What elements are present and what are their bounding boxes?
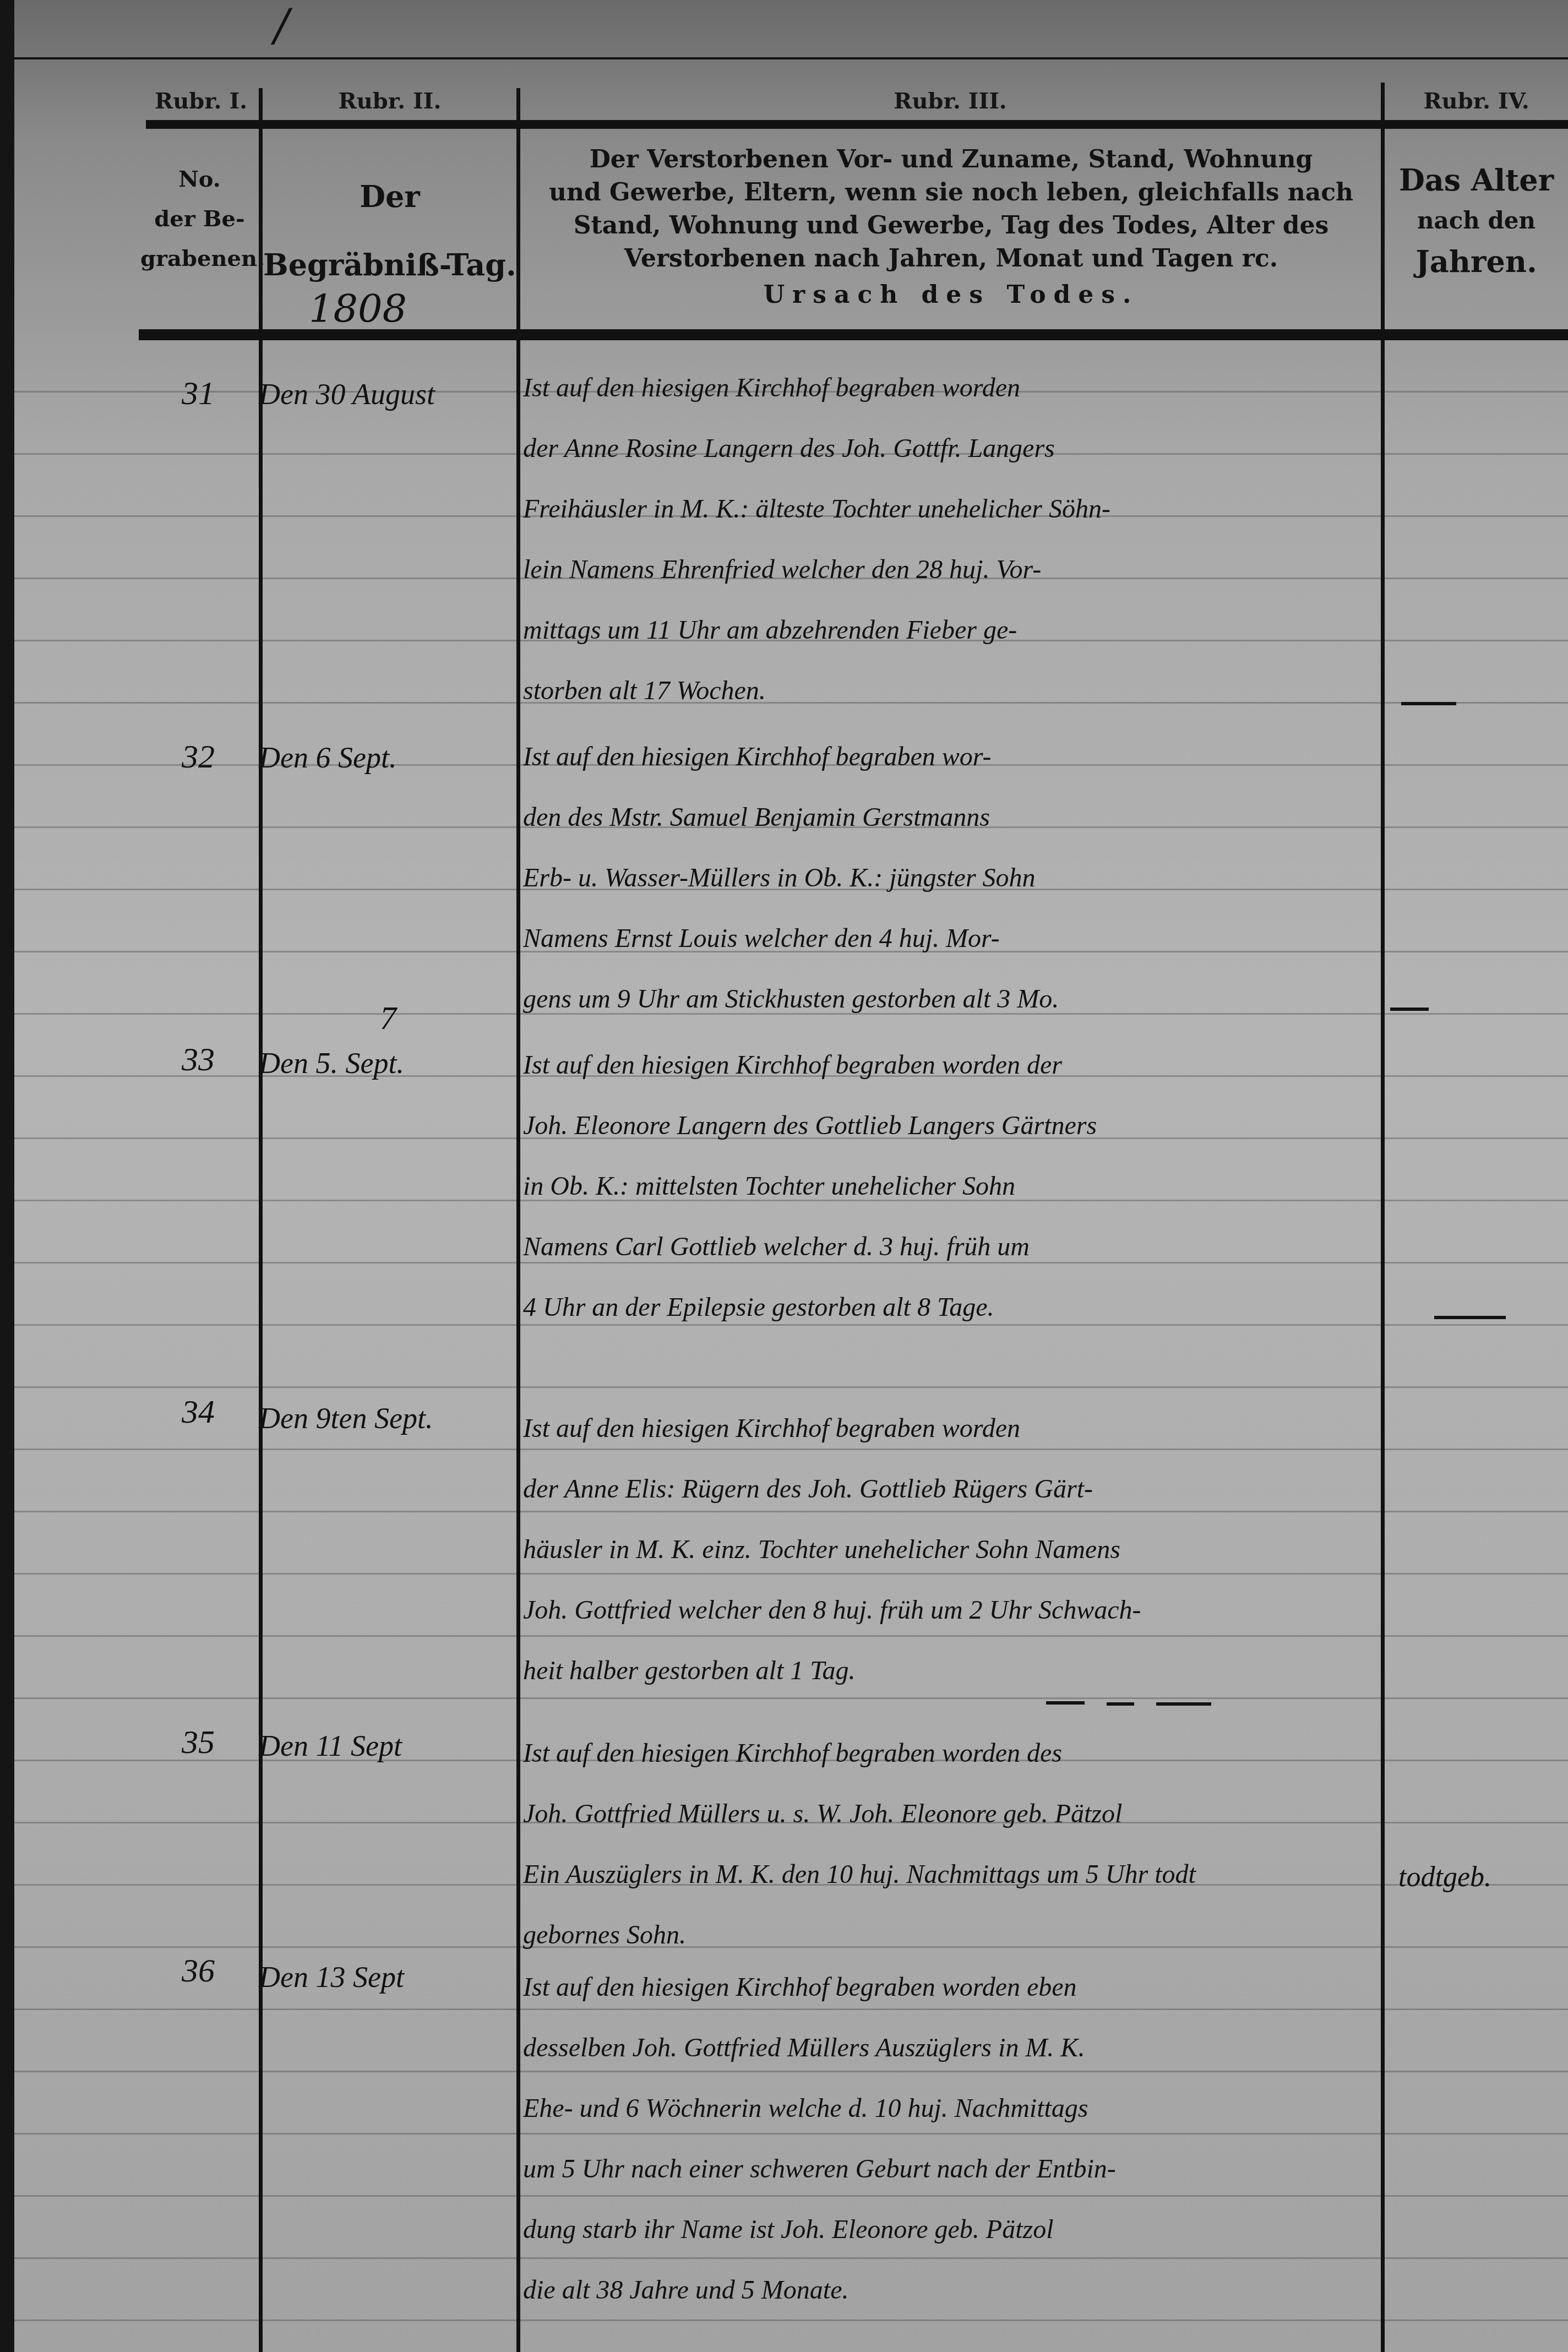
entry-text: Ist auf den hiesigen Kirchhof begraben w… (523, 1723, 1382, 1966)
entry-date: Den 30 August (259, 377, 518, 411)
entry-date: Den 11 Sept (259, 1729, 518, 1763)
entry-line: Joh. Gottfried Müllers u. s. W. Joh. Ele… (523, 1784, 1382, 1844)
top-border-line (14, 57, 1568, 59)
date-correction: 7 (380, 999, 396, 1037)
header-col-burial-day-line2: Begräbniß-Tag. (263, 244, 516, 285)
entry-line: heit halber gestorben alt 1 Tag. (523, 1641, 1382, 1701)
column-divider-1 (259, 88, 263, 2352)
entry-line: in Ob. K.: mittelsten Tochter uneheliche… (523, 1156, 1382, 1217)
header-desc-line3: Stand, Wohnung und Gewerbe, Tag des Tode… (526, 209, 1376, 242)
entry-line: Ist auf den hiesigen Kirchhof begraben w… (523, 1035, 1382, 1096)
age-dash (1401, 702, 1456, 705)
end-dash (1046, 1701, 1085, 1705)
entry-line: gens um 9 Uhr am Stickhusten gestorben a… (523, 969, 1382, 1030)
entry-date: Den 13 Sept (259, 1960, 518, 1994)
column-divider-2 (516, 88, 520, 2352)
entry-line: Namens Ernst Louis welcher den 4 huj. Mo… (523, 908, 1382, 969)
entry-line: storben alt 17 Wochen. (523, 661, 1382, 721)
entry-line: die alt 38 Jahre und 5 Monate. (523, 2260, 1382, 2321)
header-age-line2: nach den (1385, 200, 1568, 241)
entry-text: Ist auf den hiesigen Kirchhof begraben w… (523, 358, 1382, 721)
entry-line: Ist auf den hiesigen Kirchhof begraben w… (523, 358, 1382, 418)
entry-text: Ist auf den hiesigen Kirchhof begraben w… (523, 1398, 1382, 1701)
entry-date: Den 6 Sept. (259, 741, 518, 775)
header-col-burial-day-line1: Der (263, 176, 516, 217)
entry-age: todtgeb. (1398, 1861, 1553, 1893)
rubric-4: Rubr. IV. (1385, 88, 1568, 114)
entry-line: den des Mstr. Samuel Benjamin Gerstmanns (523, 787, 1382, 848)
entry-line: um 5 Uhr nach einer schweren Geburt nach… (523, 2139, 1382, 2199)
header-desc-line1: Der Verstorbenen Vor- und Zuname, Stand,… (526, 143, 1376, 176)
entry-line: Ist auf den hiesigen Kirchhof begraben w… (523, 1398, 1382, 1459)
header-col-number-line3: grabenen. (140, 239, 259, 279)
entry-line: häusler in M. K. einz. Tochter unehelich… (523, 1520, 1382, 1580)
entry-text: Ist auf den hiesigen Kirchhof begraben w… (523, 1035, 1382, 1338)
header-age-line1: Das Alter (1385, 160, 1568, 200)
entry-line: Ist auf den hiesigen Kirchhof begraben w… (523, 727, 1382, 787)
register-year: 1808 (286, 286, 429, 331)
entry-line: Joh. Eleonore Langern des Gottlieb Lange… (523, 1096, 1382, 1156)
entry-date: Den 5. Sept. (259, 1046, 518, 1080)
entry-line: der Anne Rosine Langern des Joh. Gottfr.… (523, 418, 1382, 479)
entry-line: Ist auf den hiesigen Kirchhof begraben w… (523, 1957, 1382, 2018)
top-pen-mark: / (274, 0, 289, 51)
entry-line: lein Namens Ehrenfried welcher den 28 hu… (523, 540, 1382, 600)
rubric-2: Rubr. II. (263, 88, 516, 114)
entry-number: 35 (182, 1723, 215, 1761)
entry-line: Ein Auszüglers in M. K. den 10 huj. Nach… (523, 1844, 1382, 1905)
entry-line: Ehe- und 6 Wöchnerin welche d. 10 huj. N… (523, 2078, 1382, 2139)
entry-line: gebornes Sohn. (523, 1905, 1382, 1966)
entry-number: 36 (182, 1952, 215, 1990)
header-age-line3: Jahren. (1385, 241, 1568, 282)
header-desc-line4: Verstorbenen nach Jahren, Monat und Tage… (526, 242, 1376, 275)
header-col-number-line2: der Be- (140, 199, 259, 239)
entry-line: Freihäusler in M. K.: älteste Tochter un… (523, 479, 1382, 540)
entry-line: der Anne Elis: Rügern des Joh. Gottlieb … (523, 1459, 1382, 1520)
register-page: / Rubr. I. Rubr. II. Rubr. III. Rubr. IV… (0, 0, 1568, 2352)
rubric-1: Rubr. I. (143, 88, 259, 114)
header-desc-line2: und Gewerbe, Eltern, wenn sie noch leben… (526, 176, 1376, 209)
rubric-rule (146, 120, 1568, 129)
rubric-3: Rubr. III. (521, 88, 1380, 114)
header-col-description: Der Verstorbenen Vor- und Zuname, Stand,… (526, 143, 1376, 312)
header-col-number-line1: No. (140, 160, 259, 199)
entry-number: 34 (182, 1393, 215, 1431)
entry-number: 31 (182, 374, 215, 412)
entry-line: Joh. Gottfried welcher den 8 huj. früh u… (523, 1580, 1382, 1641)
entry-text: Ist auf den hiesigen Kirchhof begraben w… (523, 1957, 1382, 2321)
entry-line: desselben Joh. Gottfried Müllers Auszügl… (523, 2018, 1382, 2078)
header-col-age: Das Alter nach den Jahren. (1385, 160, 1568, 282)
header-cause-of-death: Ursach des Todes. (526, 279, 1376, 312)
entry-number: 32 (182, 738, 215, 776)
end-dash (1107, 1702, 1134, 1706)
header-col-number: No. der Be- grabenen. (140, 160, 259, 279)
entry-number: 33 (182, 1041, 215, 1079)
entry-text: Ist auf den hiesigen Kirchhof begraben w… (523, 727, 1382, 1030)
entry-line: Ist auf den hiesigen Kirchhof begraben w… (523, 1723, 1382, 1784)
book-spine-shadow (0, 0, 14, 2352)
entry-line: Erb- u. Wasser-Müllers in Ob. K.: jüngst… (523, 848, 1382, 908)
entry-line: 4 Uhr an der Epilepsie gestorben alt 8 T… (523, 1277, 1382, 1338)
age-dash (1390, 1008, 1429, 1011)
entry-line: Namens Carl Gottlieb welcher d. 3 huj. f… (523, 1217, 1382, 1277)
entry-line: mittags um 11 Uhr am abzehrenden Fieber … (523, 600, 1382, 661)
entry-date: Den 9ten Sept. (259, 1401, 518, 1435)
age-dash (1434, 1316, 1506, 1319)
header-col-burial-day: Der Begräbniß-Tag. (263, 176, 516, 285)
end-dash (1156, 1702, 1211, 1706)
entry-line: dung starb ihr Name ist Joh. Eleonore ge… (523, 2199, 1382, 2260)
